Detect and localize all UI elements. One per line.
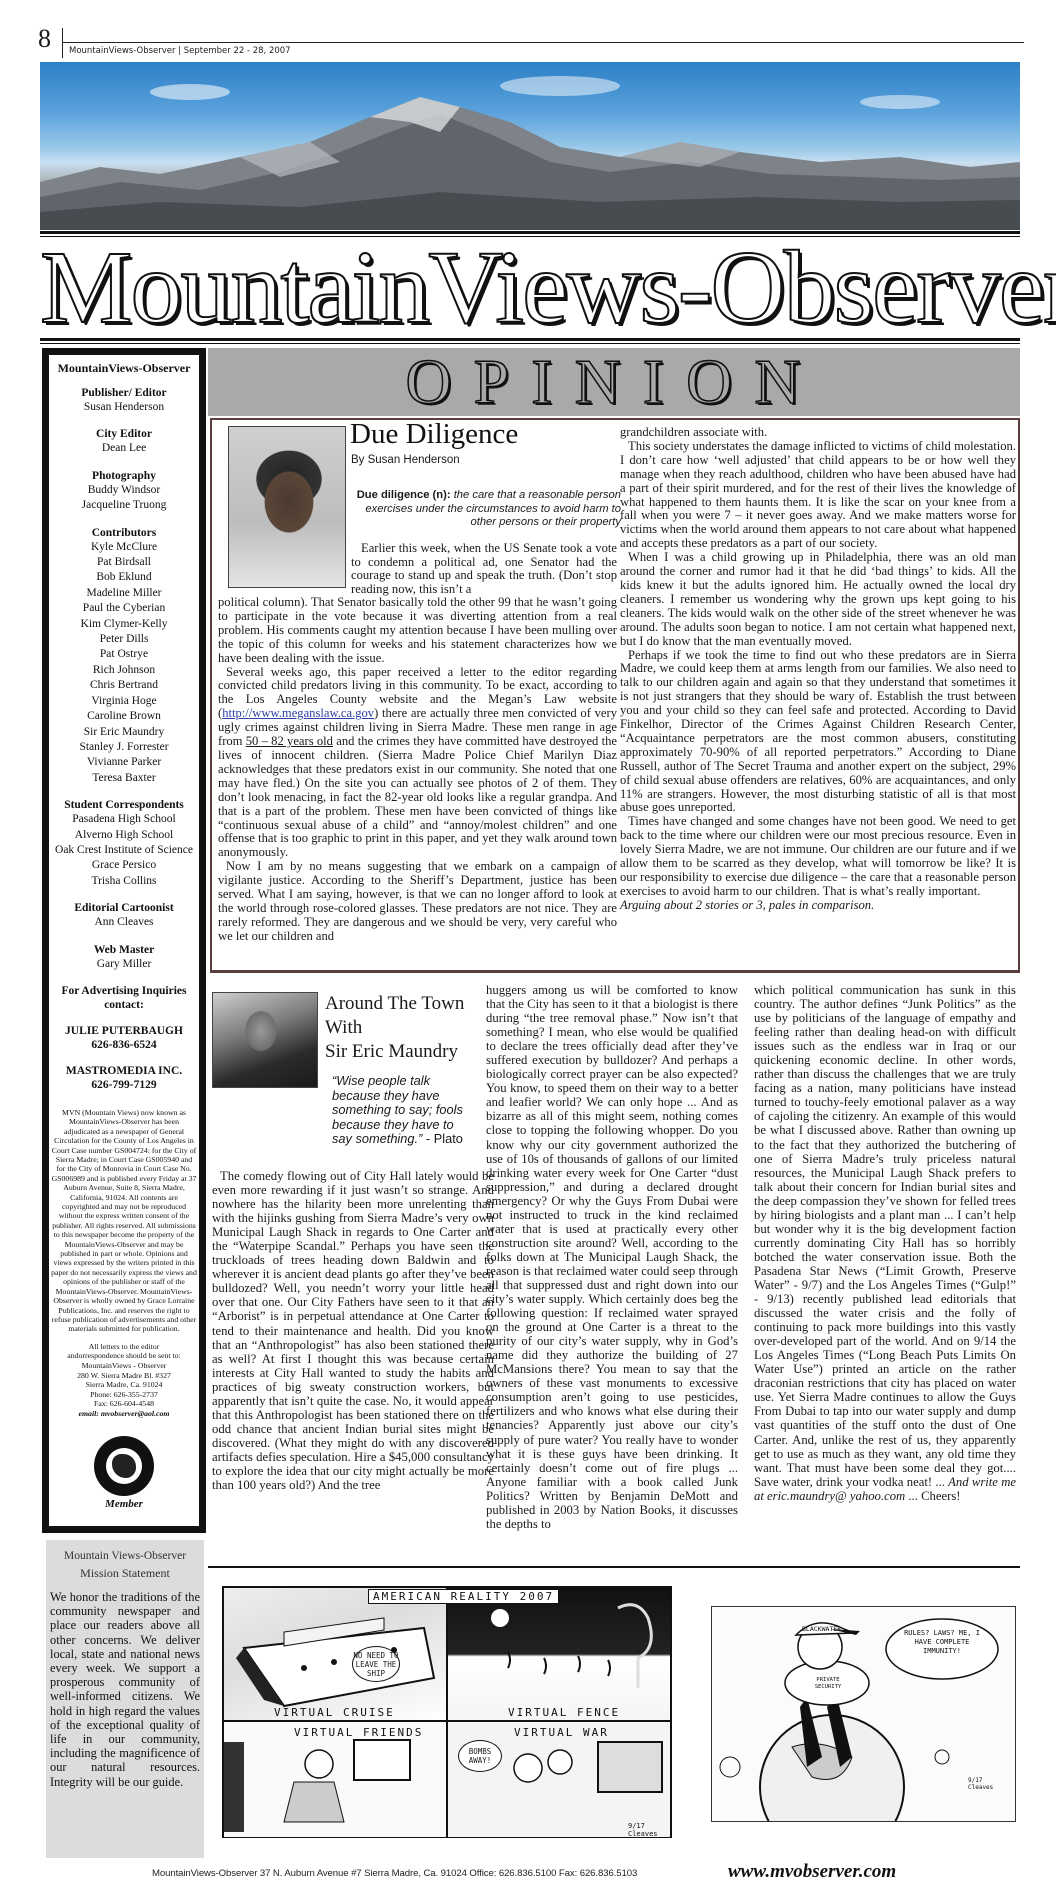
panel-label: VIRTUAL WAR	[514, 1726, 609, 1739]
staff-role: Contributors	[49, 526, 199, 540]
mail-line: andorrespondence should be sent to:	[49, 1351, 199, 1361]
staff-name: Chris Bertrand	[49, 678, 199, 693]
issue-line: MountainViews-Observer | September 22 - …	[69, 46, 291, 56]
staff-role: Publisher/ Editor	[49, 386, 199, 400]
paragraph: political column). That Senator basicall…	[218, 596, 617, 666]
meganslaw-link[interactable]: http://www.meganslaw.ca.gov	[222, 706, 374, 720]
panel-virtual-war: BOMBS AWAY! VIRTUAL WAR 9/17 Cleaves	[447, 1721, 671, 1838]
staff-section-cartoonist: Editorial Cartoonist Ann Cleaves	[49, 901, 199, 930]
column-title: Around The Town With Sir Eric Maundry	[325, 992, 464, 1064]
paragraph: Times have changed and some changes have…	[620, 815, 1016, 898]
staff-name: Madeline Miller	[49, 586, 199, 601]
section-banner: OPINION	[208, 348, 1020, 416]
column-body-2: huggers among us will be comforted to kn…	[486, 983, 738, 1531]
speech-bubble: BOMBS AWAY!	[458, 1740, 502, 1772]
staff-name: Virginia Hoge	[49, 694, 199, 709]
quote-attribution: - Plato	[422, 1131, 463, 1146]
page-number: 8	[38, 26, 51, 52]
article-title: Due Diligence	[350, 418, 518, 451]
paragraph: Several weeks ago, this paper received a…	[218, 666, 617, 861]
staff-name: Buddy Windsor	[49, 483, 199, 498]
panel-label: VIRTUAL CRUISE	[274, 1706, 395, 1719]
column-body-3: which political communication has sunk i…	[754, 983, 1016, 1503]
seal-label: Member	[49, 1498, 199, 1510]
text: which political communication has sunk i…	[754, 983, 1016, 1489]
speech-bubble: RULES? LAWS? ME, I HAVE COMPLETE IMMUNIT…	[900, 1629, 984, 1656]
cartoon-signature: 9/17 Cleaves	[628, 1822, 670, 1838]
mail-line: Fax: 626-604-4548	[49, 1399, 199, 1409]
article-column-2: grandchildren associate with. This socie…	[620, 426, 1016, 913]
mailing-address: All letters to the editor andorresponden…	[49, 1342, 199, 1419]
masthead-title: MountainViews-Observer	[40, 238, 1020, 338]
staff-name: Rich Johnson	[49, 663, 199, 678]
staff-name: Paul the Cyberian	[49, 601, 199, 616]
definition-term: Due diligence (n):	[357, 489, 451, 501]
staff-name: Oak Crest Institute of Science	[49, 843, 199, 858]
cartoon-signature: 9/17 Cleaves	[968, 1777, 998, 1791]
contact-phone: 626-799-7129	[49, 1078, 199, 1092]
article-column-1: political column). That Senator basicall…	[218, 596, 617, 944]
mission-statement-box: Mountain Views-Observer Mission Statemen…	[46, 1540, 204, 1858]
mail-line: 280 W. Sierra Madre Bl. #327	[49, 1371, 199, 1381]
article-byline: By Susan Henderson	[351, 454, 460, 466]
staff-section-webmaster: Web Master Gary Miller	[49, 943, 199, 972]
staff-name: Stanley J. Forrester	[49, 740, 199, 755]
mission-subtitle: Mission Statement	[50, 1564, 200, 1582]
staff-name: Pat Birdsall	[49, 555, 199, 570]
author-photo	[228, 426, 346, 588]
legal-notice: MVN (Mountain Views) now known as Mounta…	[49, 1104, 199, 1334]
staff-name: Vivianne Parker	[49, 755, 199, 770]
staff-name: Teresa Baxter	[49, 771, 199, 786]
paragraph: This society understates the damage infl…	[620, 440, 1016, 551]
staff-box: MountainViews-Observer Publisher/ Editor…	[42, 348, 206, 1533]
staff-box-paper-name: MountainViews-Observer	[49, 361, 199, 376]
mail-line: All letters to the editor	[49, 1342, 199, 1352]
text: ... Cheers!	[905, 1489, 960, 1503]
advertising-contact: MASTROMEDIA INC. 626-799-7129	[49, 1064, 199, 1092]
email-link[interactable]: email: mvobserver@aol.com	[49, 1409, 199, 1419]
staff-name: Kyle McClure	[49, 540, 199, 555]
staff-section-city-editor: City Editor Dean Lee	[49, 427, 199, 456]
contact-phone: 626-836-6524	[49, 1038, 199, 1052]
paragraph: Perhaps if we took the time to find out …	[620, 649, 1016, 816]
staff-name: Alverno High School	[49, 828, 199, 843]
due-diligence-article: Due Diligence By Susan Henderson Due dil…	[210, 418, 1020, 973]
plato-quote: “Wise people talk because they have some…	[332, 1074, 472, 1147]
footer-address: MountainViews-Observer 37 N. Auburn Aven…	[152, 1868, 637, 1879]
staff-name: Bob Eklund	[49, 570, 199, 585]
header-divider	[62, 28, 63, 58]
staff-name: Kim Clymer-Kelly	[49, 617, 199, 632]
paragraph: grandchildren associate with.	[620, 426, 1016, 440]
article-intro: Earlier this week, when the US Senate to…	[351, 542, 617, 596]
staff-section-publisher: Publisher/ Editor Susan Henderson	[49, 386, 199, 415]
advertising-contact: JULIE PUTERBAUGH 626-836-6524	[49, 1024, 199, 1052]
paragraph: When I was a child growing up in Philade…	[620, 551, 1016, 648]
mail-line: MountainViews - Observer	[49, 1361, 199, 1371]
staff-name: Jacqueline Truong	[49, 498, 199, 513]
definition: Due diligence (n): the care that a reaso…	[351, 489, 621, 530]
advertising-heading: For Advertising Inquiries contact:	[49, 984, 199, 1012]
cartoon-title: AMERICAN REALITY 2007	[368, 1589, 559, 1604]
staff-name: Pat Ostrye	[49, 647, 199, 662]
staff-name: Trisha Collins	[49, 874, 199, 889]
mission-title: Mountain Views-Observer	[50, 1548, 200, 1564]
masthead-rule	[40, 338, 1020, 341]
mail-line: Sierra Madre, Ca. 91024	[49, 1380, 199, 1390]
staff-name: Peter Dills	[49, 632, 199, 647]
page-footer: MountainViews-Observer 37 N. Auburn Aven…	[0, 1864, 1056, 1884]
speech-bubble: NO NEED TO LEAVE THE SHIP	[352, 1646, 400, 1682]
panel-virtual-cruise: NO NEED TO LEAVE THE SHIP VIRTUAL CRUISE	[223, 1587, 447, 1721]
editorial-cartoon-american-reality: NO NEED TO LEAVE THE SHIP VIRTUAL CRUISE…	[222, 1586, 672, 1838]
title-line: With	[325, 1016, 464, 1040]
columnist-photo	[212, 992, 318, 1088]
panel-virtual-fence: VIRTUAL FENCE	[447, 1587, 671, 1721]
panel-label: VIRTUAL FENCE	[508, 1706, 620, 1719]
staff-name: Sir Eric Maundry	[49, 725, 199, 740]
header-rule	[62, 42, 1024, 43]
paragraph: Now I am by no means suggesting that we …	[218, 860, 617, 943]
staff-role: Student Correspondents	[49, 798, 199, 812]
title-line: Sir Eric Maundry	[325, 1040, 464, 1064]
title-line: Around The Town	[325, 992, 464, 1016]
mail-line: Phone: 626-355-2737	[49, 1390, 199, 1400]
cap-text: BLACKWATER	[802, 1625, 841, 1633]
staff-name: Ann Cleaves	[49, 915, 199, 930]
staff-section-contributors: Contributors Kyle McClure Pat Birdsall B…	[49, 526, 199, 787]
staff-name: Dean Lee	[49, 441, 199, 456]
contact-name: JULIE PUTERBAUGH	[49, 1024, 199, 1038]
staff-name: Grace Persico	[49, 858, 199, 873]
section-rule	[208, 1566, 1020, 1568]
contact-name: MASTROMEDIA INC.	[49, 1064, 199, 1078]
panel-virtual-friends: VIRTUAL FRIENDS	[223, 1721, 447, 1838]
panel-label: VIRTUAL FRIENDS	[294, 1726, 423, 1739]
staff-role: Web Master	[49, 943, 199, 957]
staff-name: Susan Henderson	[49, 400, 199, 415]
mission-text: We honor the traditions of the community…	[50, 1590, 200, 1789]
mountain-banner-image	[40, 62, 1020, 230]
website-link[interactable]: www.mvobserver.com	[728, 1861, 896, 1883]
text: and the crimes they have committed have …	[218, 734, 617, 859]
staff-name: Caroline Brown	[49, 709, 199, 724]
staff-section-photography: Photography Buddy Windsor Jacqueline Tru…	[49, 469, 199, 514]
masthead-rule-thin	[40, 343, 1020, 344]
underlined-text: 50 – 82 years old	[246, 734, 333, 748]
shirt-text: PRIVATE SECURITY	[808, 1677, 848, 1691]
staff-role: Photography	[49, 469, 199, 483]
staff-role: Editorial Cartoonist	[49, 901, 199, 915]
staff-name: Pasadena High School	[49, 812, 199, 827]
editorial-cartoon-blackwater: BLACKWATER PRIVATE SECURITY RULES? LAWS?…	[711, 1606, 1016, 1822]
newspaper-association-seal-icon	[94, 1436, 154, 1496]
column-body-1: The comedy flowing out of City Hall late…	[212, 1169, 494, 1492]
staff-name: Gary Miller	[49, 957, 199, 972]
staff-section-students: Student Correspondents Pasadena High Sch…	[49, 798, 199, 889]
closing-line: Arguing about 2 stories or 3, pales in c…	[620, 899, 1016, 913]
staff-role: City Editor	[49, 427, 199, 441]
